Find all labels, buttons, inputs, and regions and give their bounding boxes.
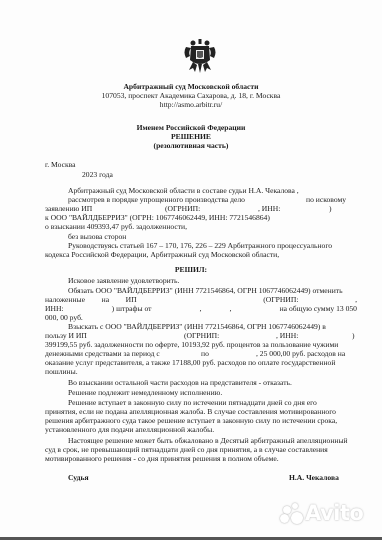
decision-item-6-line-2: принятия, если не подана апелляционная ж…: [45, 407, 336, 416]
title-line-1: Именем Российской Федерации: [0, 123, 382, 132]
intro-claimant: заявлению ИП: [45, 204, 92, 213]
intro-inn: , ИНН:: [258, 204, 280, 213]
intro-legal-basis-2: кодекса Российской Федерации, Арбитражны…: [45, 250, 279, 259]
decision-item-3-line-5: оказание услуг представителя, а также 17…: [45, 358, 335, 367]
city: г. Москва: [45, 160, 76, 169]
decision-item-1: Исковое заявление удовлетворить.: [68, 276, 179, 285]
intro-case-text-right: по исковому: [306, 195, 346, 204]
decision-item-6-line-4: установленного для подачи апелляционной …: [45, 425, 214, 434]
signature-name: Н.А. Чекалова: [289, 473, 339, 482]
document-subtitle: (резолютивная часть): [0, 141, 382, 150]
intro-no-parties: без вызова сторон: [68, 232, 126, 241]
intro-case-text: рассмотрев в порядке упрощенного произво…: [68, 195, 245, 204]
court-website: http://asmo.arbitr.ru/: [0, 100, 382, 109]
court-address: 107053, проспект Академика Сахарова, д. …: [0, 91, 382, 100]
signature-label: Судья: [68, 473, 89, 482]
decision-item-3-line-6: пошлины.: [45, 367, 78, 376]
decision-item-3-period: денежными средствами за период с: [45, 349, 160, 358]
decision-item-3-ogrnip: (ОГРНИП:: [184, 331, 219, 340]
intro-ogrnip: (ОГРНИП:: [165, 204, 200, 213]
intro-legal-basis-1: Руководствуясь статьей 167 – 170, 176, 2…: [68, 241, 332, 250]
decision-item-6-line-1: Решение вступает в законную силу по исте…: [68, 398, 317, 407]
decision-item-7-line-3: мотивированного решения - со дня приняти…: [45, 454, 279, 463]
date: 2023 года: [82, 170, 113, 179]
document-title: РЕШЕНИЕ: [0, 132, 382, 141]
decision-item-3-line-3: 399199,55 руб. задолженности по оферте, …: [45, 340, 338, 349]
intro-claim-amount: о взыскании 409393,47 руб. задолженности…: [45, 222, 187, 231]
court-name: Арбитражный суд Московской области: [0, 82, 382, 91]
decision-item-3-period-to: по: [201, 349, 209, 358]
intro-defendant: к ООО "ВАЙЛДБЕРРИЗ" (ОГРН: 1067746062449…: [45, 213, 270, 222]
decision-item-3-paren: ): [352, 331, 355, 340]
coat-of-arms-icon: [183, 38, 217, 74]
decision-item-2-line-4: 000, 00 руб.: [45, 313, 83, 322]
watermark-text: Avito: [305, 501, 363, 525]
decision-item-3-beneficiary: пользу И ИП: [45, 331, 87, 340]
intro-paragraph-1: Арбитражный суд Московской области в сос…: [68, 186, 299, 195]
decision-item-7-line-1: Настоящее решение может быть обжаловано …: [68, 436, 348, 445]
intro-close-paren: ): [329, 204, 332, 213]
decision-heading: РЕШИЛ:: [0, 265, 382, 274]
decision-item-2-line-1: Обязать ООО "ВАЙЛДБЕРРИЗ" (ИНН 772154686…: [68, 286, 343, 295]
document-page: Арбитражный суд Московской области 10705…: [0, 0, 382, 537]
decision-item-4: Во взыскании остальной части расходов на…: [68, 378, 292, 387]
decision-item-5: Решение подлежит немедленному исполнению…: [68, 388, 222, 397]
decision-item-3-representative: , 25 000,00 руб. расходов на: [256, 349, 345, 358]
decision-item-3-inn: , ИНН:: [276, 331, 298, 340]
decision-item-6-line-3: решения арбитражного суда такое решение …: [45, 416, 337, 425]
decision-item-2-line-3: ИНН: ) штрафы от , , на общую сумму 13 0…: [45, 304, 357, 313]
decision-item-2-line-2: наложенные на ИП (ОГРНИП: ,: [45, 295, 357, 304]
decision-item-7-line-2: суд в срок, не превышающий пятнадцати дн…: [45, 445, 328, 454]
decision-item-3-line-1: Взыскать с ООО "ВАЙЛДБЕРРИЗ" (ИНН 772154…: [68, 322, 326, 331]
